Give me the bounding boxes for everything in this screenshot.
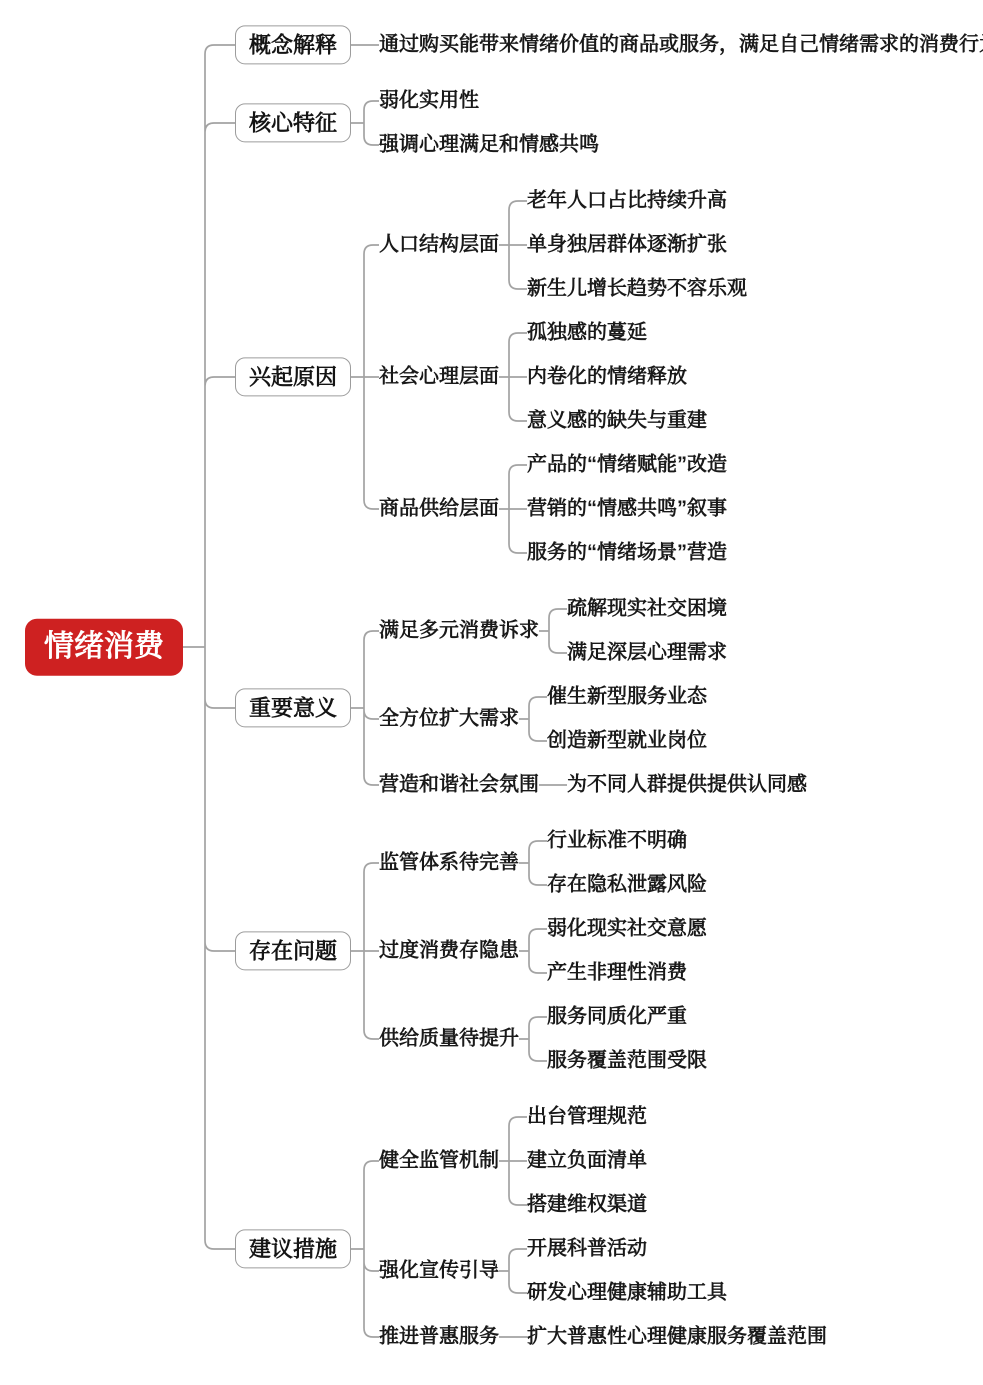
leaf-topic[interactable]: 单身独居群体逐渐扩张 bbox=[527, 234, 727, 257]
leaf-topic[interactable]: 服务的“情绪场景”营造 bbox=[527, 542, 727, 565]
subtopic[interactable]: 强调心理满足和情感共鸣 bbox=[379, 134, 599, 157]
branch-connector bbox=[519, 841, 547, 885]
subtopic[interactable]: 人口结构层面 bbox=[379, 234, 499, 257]
leaf-topic[interactable]: 孤独感的蔓延 bbox=[527, 322, 647, 345]
leaf-topic[interactable]: 建立负面清单 bbox=[527, 1150, 647, 1173]
branch-connector bbox=[519, 1017, 547, 1061]
branch-connector bbox=[499, 1117, 527, 1205]
branch-connector bbox=[519, 697, 547, 741]
subtopic[interactable]: 商品供给层面 bbox=[379, 498, 499, 521]
branch-connector bbox=[351, 245, 379, 509]
leaf-topic[interactable]: 产品的“情绪赋能”改造 bbox=[527, 454, 727, 477]
leaf-topic[interactable]: 创造新型就业岗位 bbox=[547, 730, 707, 753]
leaf-topic[interactable]: 老年人口占比持续升高 bbox=[527, 190, 727, 213]
subtopic[interactable]: 营造和谐社会氛围 bbox=[379, 774, 539, 797]
leaf-topic[interactable]: 为不同人群提供提供认同感 bbox=[567, 774, 807, 797]
branch-connector bbox=[183, 45, 235, 1249]
branch-connector bbox=[351, 101, 379, 145]
leaf-topic[interactable]: 新生儿增长趋势不容乐观 bbox=[527, 278, 747, 301]
branch-connector bbox=[351, 631, 379, 785]
branch-connector bbox=[499, 465, 527, 553]
leaf-topic[interactable]: 弱化现实社交意愿 bbox=[547, 918, 707, 941]
subtopic[interactable]: 供给质量待提升 bbox=[379, 1028, 519, 1051]
connector-lines bbox=[0, 0, 983, 1385]
leaf-topic[interactable]: 催生新型服务业态 bbox=[547, 686, 707, 709]
subtopic[interactable]: 满足多元消费诉求 bbox=[379, 620, 539, 643]
leaf-topic[interactable]: 营销的“情感共鸣”叙事 bbox=[527, 498, 727, 521]
subtopic[interactable]: 强化宣传引导 bbox=[379, 1260, 499, 1283]
leaf-topic[interactable]: 搭建维权渠道 bbox=[527, 1194, 647, 1217]
leaf-topic[interactable]: 产生非理性消费 bbox=[547, 962, 687, 985]
leaf-topic[interactable]: 存在隐私泄露风险 bbox=[547, 874, 707, 897]
subtopic[interactable]: 健全监管机制 bbox=[379, 1150, 499, 1173]
leaf-topic[interactable]: 研发心理健康辅助工具 bbox=[527, 1282, 727, 1305]
leaf-topic[interactable]: 疏解现实社交困境 bbox=[567, 598, 727, 621]
branch-topic[interactable]: 概念解释 bbox=[235, 25, 351, 64]
branch-connector bbox=[499, 333, 527, 421]
leaf-topic[interactable]: 扩大普惠性心理健康服务覆盖范围 bbox=[527, 1326, 827, 1349]
branch-topic[interactable]: 重要意义 bbox=[235, 688, 351, 727]
branch-topic[interactable]: 存在问题 bbox=[235, 931, 351, 970]
branch-connector bbox=[499, 201, 527, 289]
subtopic[interactable]: 全方位扩大需求 bbox=[379, 708, 519, 731]
leaf-topic[interactable]: 开展科普活动 bbox=[527, 1238, 647, 1261]
leaf-topic[interactable]: 服务同质化严重 bbox=[547, 1006, 687, 1029]
leaf-topic[interactable]: 内卷化的情绪释放 bbox=[527, 366, 687, 389]
subtopic[interactable]: 弱化实用性 bbox=[379, 90, 479, 113]
branch-connector bbox=[351, 863, 379, 1039]
leaf-topic[interactable]: 行业标准不明确 bbox=[547, 830, 687, 853]
mindmap-canvas: 情绪消费概念解释通过购买能带来情绪价值的商品或服务，满足自己情绪需求的消费行为核… bbox=[0, 0, 983, 1385]
branch-connector bbox=[539, 609, 567, 653]
root-topic[interactable]: 情绪消费 bbox=[25, 619, 183, 676]
branch-connector bbox=[519, 929, 547, 973]
leaf-topic[interactable]: 服务覆盖范围受限 bbox=[547, 1050, 707, 1073]
subtopic[interactable]: 过度消费存隐患 bbox=[379, 940, 519, 963]
branch-connector bbox=[499, 1249, 527, 1293]
subtopic[interactable]: 通过购买能带来情绪价值的商品或服务，满足自己情绪需求的消费行为 bbox=[379, 34, 983, 57]
leaf-topic[interactable]: 出台管理规范 bbox=[527, 1106, 647, 1129]
branch-topic[interactable]: 核心特征 bbox=[235, 103, 351, 142]
subtopic[interactable]: 推进普惠服务 bbox=[379, 1326, 499, 1349]
subtopic[interactable]: 监管体系待完善 bbox=[379, 852, 519, 875]
leaf-topic[interactable]: 满足深层心理需求 bbox=[567, 642, 727, 665]
subtopic[interactable]: 社会心理层面 bbox=[379, 366, 499, 389]
branch-connector bbox=[351, 1161, 379, 1337]
branch-topic[interactable]: 建议措施 bbox=[235, 1229, 351, 1268]
branch-topic[interactable]: 兴起原因 bbox=[235, 357, 351, 396]
leaf-topic[interactable]: 意义感的缺失与重建 bbox=[527, 410, 707, 433]
